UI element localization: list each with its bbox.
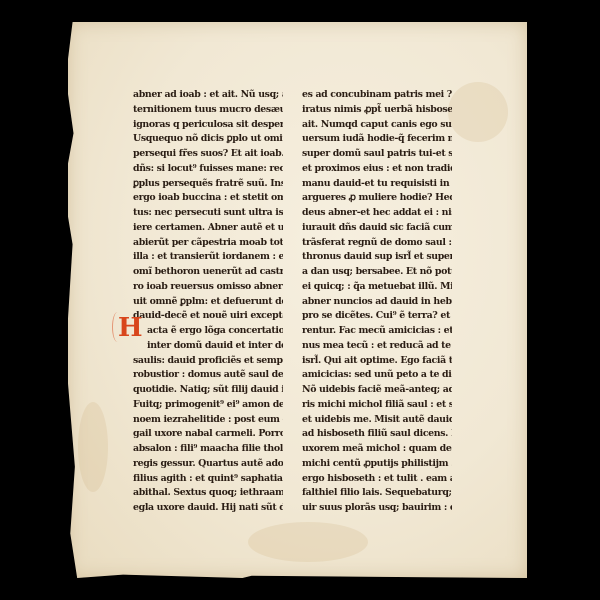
text-line: pro se dicẽtes. Cui⁹ ẽ terra? et ut loqu…	[302, 309, 452, 324]
text-line: thronus dauid sup isrl̃ et super iudã	[302, 250, 452, 265]
text-line: ergo ioab buccina : et stetit omnis exer…	[133, 191, 283, 206]
text-line: acta ẽ ergo lõga concertatio:	[133, 324, 283, 339]
text-line: tus: nec persecuti sunt ultra isrt̃ : ne…	[133, 206, 283, 221]
text-line: amicicias: sed unũ peto a te dicens.	[302, 368, 452, 383]
text-line: super domũ saul patris tui-et sup fr̃es	[302, 147, 452, 162]
right-text-column: es ad concubinam patris mei ? Quiiratus …	[302, 88, 452, 516]
text-line: argueres ꝓ muliere hodie? Hec faciat	[302, 191, 452, 206]
text-line: Nõ uidebis faciẽ meã-anteq; adduxe-	[302, 383, 452, 398]
text-line: michi centũ ꝓputijs philistijm . Misit	[302, 457, 452, 472]
text-line: uxorem meã michol : quam despõdi	[302, 442, 452, 457]
text-line: quotidie. Natiq; sũt filij dauid i hebrõ…	[133, 383, 283, 398]
text-line: abithal. Sextus quoq; iethraam : de	[133, 486, 283, 501]
text-line: dauid-decẽ et nouẽ uiri excepto asahele.	[133, 309, 283, 324]
text-line: iere certamen. Abner autẽ et uiri eius	[133, 221, 283, 236]
text-line: a dan usq; bersabee. Et nõ potuit respõd…	[302, 265, 452, 280]
text-line: ait. Numqd caput canis ego sum ad-	[302, 118, 452, 133]
text-line: iurauit dñs dauid sic faciã cum eo ut	[302, 221, 452, 236]
text-line: uir suus plorãs usq; bauirim : et dixit	[302, 501, 452, 516]
text-line: ro ioab reuersus omisso abner congrega-	[133, 280, 283, 295]
text-line: regis gessur. Quartus autẽ adonias	[133, 457, 283, 472]
text-line: abner nuncios ad dauid in hebron	[302, 295, 452, 310]
text-line: robustior : domus autẽ saul decrescẽs	[133, 368, 283, 383]
text-line: noem iezrahelitide : post eum cheleab de…	[133, 413, 283, 428]
paper-stain	[448, 82, 508, 142]
text-line: gail uxore nabal carmeli. Porro tercius	[133, 427, 283, 442]
text-line: egla uxore dauid. Hij nati sũt dauid	[133, 501, 283, 516]
rubricated-initial: H	[118, 316, 134, 340]
text-line: filius agith : et quint⁹ saphatias fili⁹	[133, 472, 283, 487]
text-line: ꝑplus persequẽs fratrẽ suũ. Insonuit	[133, 177, 283, 192]
text-line: trãsferat regnũ de domo saul : et eleuet	[302, 236, 452, 251]
text-line: nus mea tecũ : et reducã ad te uniũ	[302, 339, 452, 354]
text-line: ad hisboseth filiũ saul dicens. Redde	[302, 427, 452, 442]
text-line: isrl̃. Qui ait optime. Ego faciã tecum	[302, 354, 452, 369]
text-line: et proximos eius : et non tradidi te in	[302, 162, 452, 177]
text-line: omĩ bethoron uenerũt ad castra. Por-	[133, 265, 283, 280]
text-line: deus abner-et hec addat ei : nisi quõ	[302, 206, 452, 221]
text-line: es ad concubinam patris mei ? Qui	[302, 88, 452, 103]
text-line: Fuitq; primogenit⁹ ei⁹ amon de achi-	[133, 398, 283, 413]
text-line: abner ad ioab : et ait. Nũ usq; ad in-	[133, 88, 283, 103]
text-line: ternitionem tuus mucro desæuiet? An	[133, 103, 283, 118]
text-line: et uidebis me. Misit autẽ dauid nũcios	[302, 413, 452, 428]
text-line: ignoras q periculosa sit desperatio?	[133, 118, 283, 133]
text-line: falthiel filio lais. Sequebaturq; eam	[302, 486, 452, 501]
text-line: ergo hisboseth : et tulit . eam a uiro s…	[302, 472, 452, 487]
text-line: ris michi michol filiã saul : et sic uen…	[302, 398, 452, 413]
text-line: Usquequo nõ dicis ꝑplo ut omittat	[133, 132, 283, 147]
text-line: persequi fr̃es suos? Et ait ioab. Uiuit	[133, 147, 283, 162]
text-line: dñs: si locut⁹ fuisses mane: recessisset	[133, 162, 283, 177]
text-line: rentur. Fac mecũ amicicias : et erit ma-	[302, 324, 452, 339]
bible-leaf: abner ad ioab : et ait. Nũ usq; ad in-te…	[68, 22, 527, 578]
text-line: ei quicq; : q̃a metuebat illũ. Misit erg…	[302, 280, 452, 295]
text-line: absalon : fili⁹ maacha filie tholomai	[133, 442, 283, 457]
text-line: abierũt per cãpestria moab tota nocte	[133, 236, 283, 251]
text-line: inter domũ dauid et inter domũ	[133, 339, 283, 354]
text-line: uit omnẽ ꝑplm: et defuerunt de pueris	[133, 295, 283, 310]
text-line: uersum iudã hodie-q̃ fecerim misericordi…	[302, 132, 452, 147]
left-text-column: abner ad ioab : et ait. Nũ usq; ad in-te…	[133, 88, 283, 516]
text-line: iratus nimis ꝓpt̃ uerbã hisboseth:	[302, 103, 452, 118]
text-line: saulis: dauid proficiẽs et semp seipso	[133, 354, 283, 369]
paper-stain	[78, 402, 108, 492]
text-line: illa : et transierũt iordanem : et lustr…	[133, 250, 283, 265]
text-line: manu dauid-et tu requisisti in me q	[302, 177, 452, 192]
paper-stain	[248, 522, 368, 562]
